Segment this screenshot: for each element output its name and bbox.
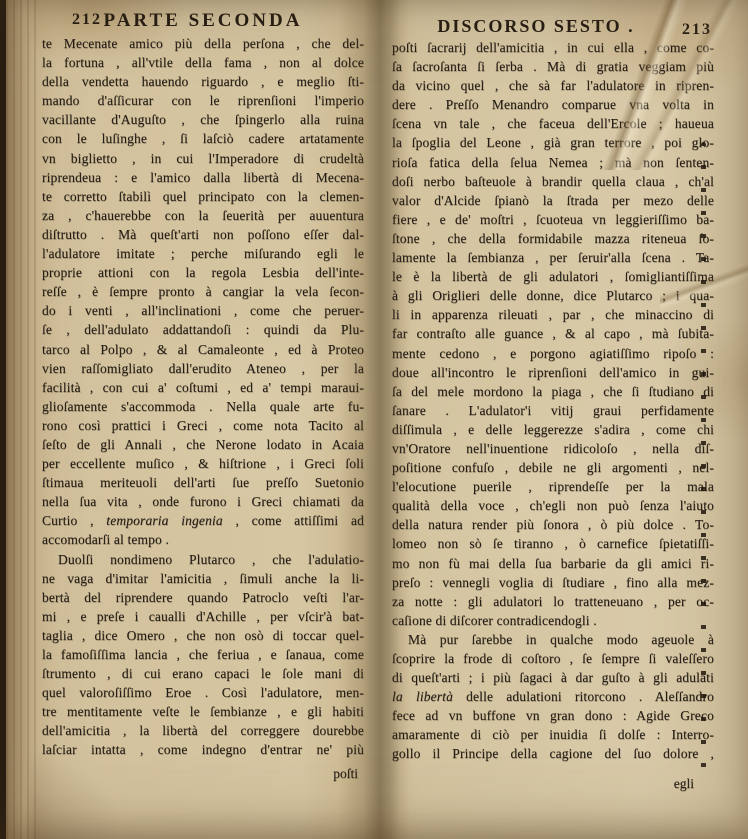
text-line: la ſpoglia del Leone , già gran terrore … — [392, 133, 714, 152]
text-line: Curtio , temporaria ingenia , come attiſ… — [42, 511, 364, 530]
text-line: l'elocutione puerile , riprendeſſe per l… — [392, 477, 714, 496]
text-line: quel valoroſiſſimo Eroe . Così l'adulato… — [42, 683, 364, 702]
text-line: vn biglietto , in cui l'Imperadore di cr… — [42, 149, 364, 168]
text-line: caſione di diſcorer contradicendogli . — [392, 611, 714, 630]
text-line: qualità della voce , ch'egli non può ſen… — [392, 496, 714, 515]
left-page-header: 212 PARTE SECONDA — [42, 10, 364, 34]
text-line: la famoſiſſima lancia , che feriua , e ſ… — [42, 645, 364, 664]
text-line: ſcena vn tale , che faceua dell'Ercole ;… — [392, 114, 714, 133]
text-line: le è la libertà de gli adulatori , ſomig… — [392, 267, 714, 286]
left-page: 212 PARTE SECONDA te Mecenate amico più … — [42, 10, 364, 810]
text-line: te corretto ſtabilì quel principato con … — [42, 187, 364, 206]
text-line: ſtimaua meriteuoli dell'arti ſue preſſo … — [42, 473, 364, 492]
text-line: laſciar intatta , come indegno d'entrar … — [42, 740, 364, 759]
text-line: mo non fù mai della ſua barbarie da gli … — [392, 554, 714, 573]
text-line: poſti ſacrarij dell'amicitia , in cui el… — [392, 38, 714, 57]
text-line: accomodarſi al tempo . — [42, 530, 364, 549]
text-line: ſanare . L'adulator'i vitij graui perfid… — [392, 401, 714, 420]
text-line: à gli Origlieri delle donne, dice Plutar… — [392, 286, 714, 305]
text-line: doſi nerbo baſteuole à brandir quella cl… — [392, 172, 714, 191]
text-line: far contraſto alle guance , & al capo , … — [392, 324, 714, 343]
right-page-header: DISCORSO SESTO . 213 — [392, 16, 714, 40]
text-line: ſeſto de gli Annali , che Nerone lodato … — [42, 435, 364, 454]
text-line: da vicino quel , che sà far l'adulatore … — [392, 76, 714, 95]
text-line: gollo il Principe della cagione del ſuo … — [392, 744, 714, 763]
text-line: diſſimula , e delle leggerezze s'adira ,… — [392, 420, 714, 439]
text-line: amaramente di ciò per inuidia ſi dolſe :… — [392, 725, 714, 744]
text-line: per eccellente muſico , & hiſtrione , i … — [42, 454, 364, 473]
page-number-left: 212 — [72, 11, 102, 29]
text-line: mente cedono , e porgono agiatiſſimo rip… — [392, 344, 714, 363]
text-line: con le luſinghe , ſi laſciò cadere artat… — [42, 129, 364, 148]
text-line: te Mecenate amico più della perſona , ch… — [42, 34, 364, 53]
text-line: vien raſſomigliato dall'erudito Ateneo ,… — [42, 359, 364, 378]
text-line: facilità , con cui a' coſtumi , ed a' te… — [42, 378, 364, 397]
left-page-text-block: te Mecenate amico più della perſona , ch… — [42, 34, 364, 760]
text-line: reſſe , è ſempre pronto à cangiar la vel… — [42, 282, 364, 301]
text-line: la fortuna , all'vtile della fama , non … — [42, 53, 364, 72]
text-line: ſa ſacroſanta ſi ſerba . Mà di gratia ve… — [392, 57, 714, 76]
catchword-left: poſti — [333, 766, 358, 782]
catchword-right: egli — [674, 776, 694, 792]
text-line: rioſa fatica della ſelua Nemea ; mà non … — [392, 153, 714, 172]
text-line: ſa del mele mordono la piaga , che ſi ſt… — [392, 382, 714, 401]
text-line: li in apparenza rileuati , par , che min… — [392, 305, 714, 324]
right-page-text-block: poſti ſacrarij dell'amicitia , in cui el… — [392, 38, 714, 764]
text-line: do i venti , all'inclinationi , come che… — [42, 301, 364, 320]
text-line: di queſt'arti ; i più ſagaci à dar guſto… — [392, 668, 714, 687]
text-line: rono così prattici i Greci , come nota T… — [42, 416, 364, 435]
text-line: ſtrumento , di cui erano capaci le ſole … — [42, 664, 364, 683]
text-line: dell'amicitia , la libertà del corregger… — [42, 721, 364, 740]
right-page: DISCORSO SESTO . 213 poſti ſacrarij dell… — [392, 16, 714, 816]
text-line: taglia , dice Omero , che non osò di toc… — [42, 626, 364, 645]
text-line: fece ad vn buffone vn gran dono : Agide … — [392, 706, 714, 725]
text-line: della vendetta hauendo riguardo , e megl… — [42, 72, 364, 91]
text-line: dere . Preſſo Menandro comparue vna volt… — [392, 95, 714, 114]
text-line: ſcoprire la frode di coſtoro , ſe ſempre… — [392, 649, 714, 668]
text-line: riprendeua : e l'amico dalla libertà di … — [42, 168, 364, 187]
text-line: nella ſua vita , onde furono i Greci chi… — [42, 492, 364, 511]
text-line: tarco al Polpo , & al Camaleonte , ed à … — [42, 340, 364, 359]
text-line: bertà del riprendere quando Patroclo veſ… — [42, 588, 364, 607]
running-title-right: DISCORSO SESTO . — [392, 16, 680, 37]
text-line: glioſamente s'accommoda . Nella quale ar… — [42, 397, 364, 416]
text-line: diſtrutto . Mà queſt'arti non poſſono eſ… — [42, 225, 364, 244]
text-line: Duolſi nondimeno Plutarco , che l'adulat… — [42, 550, 364, 569]
text-line: l'adulatore imitate ; perche miſurando e… — [42, 244, 364, 263]
text-line: ſe , dell'adulato addattandoſi : quindi … — [42, 320, 364, 339]
text-line: valor d'Alcide ſpianò la ſtrada per mezo… — [392, 191, 714, 210]
text-line: preſo : vennegli voglia di ſtudiare , fi… — [392, 573, 714, 592]
text-line: ſtone , che della formidabile mazza rite… — [392, 229, 714, 248]
page-number-right: 213 — [682, 21, 712, 39]
open-book-photo: 212 PARTE SECONDA te Mecenate amico più … — [0, 0, 748, 839]
text-line: tre mentitamente veſte le ſembianze , e … — [42, 702, 364, 721]
text-line: doue all'incontro le riprenſioni dell'am… — [392, 363, 714, 382]
text-line: vacillante d'Auguſto , che ſpingerlo all… — [42, 110, 364, 129]
text-line: lamente la ſembianza , per ſeruir'alla ſ… — [392, 248, 714, 267]
page-deckle-edge — [6, 0, 36, 839]
text-line: za , c'hauerebbe con la ſeuerità per auu… — [42, 206, 364, 225]
text-line: ne vaga d'imitar l'amicitia , ſimuli anc… — [42, 569, 364, 588]
text-line: mando d'aſſicurar con le riprenſioni l'i… — [42, 91, 364, 110]
book-binding-edge — [0, 0, 6, 839]
text-line: mi , e preſe i caualli d'Achille , per v… — [42, 607, 364, 626]
text-line: poſitione confuſo , debile ne gli argome… — [392, 458, 714, 477]
text-line: za notte : gli adulatori lo tratteneuano… — [392, 592, 714, 611]
text-line: fiere , e de' moſtri , ſcuoteua vn leggi… — [392, 210, 714, 229]
text-line: vn'Oratore nell'inuentione ridicoloſo , … — [392, 439, 714, 458]
text-line: la libertà delle adulationi ritorcono . … — [392, 687, 714, 706]
text-line: proprie attioni con la regola Lesbia del… — [42, 263, 364, 282]
text-line: della natura render più ſonora , ò più d… — [392, 515, 714, 534]
text-line: Mà pur ſarebbe in qualche modo ageuole à — [392, 630, 714, 649]
text-line: lomeo non sò ſe tiranno , ò carnefice ſp… — [392, 534, 714, 553]
